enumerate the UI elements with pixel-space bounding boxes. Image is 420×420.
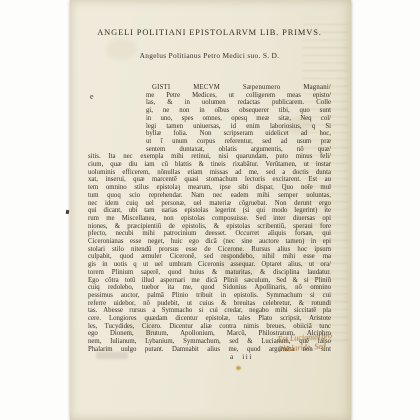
handwritten-marginalia: Est Lucianus proPhalaride. Sed xyxy=(277,331,333,354)
body-text-block: sitis. Ita nec exempla mihi retinui, nis… xyxy=(88,153,331,353)
text-line: sitis. Ita nec exempla mihi retinui, nis… xyxy=(88,153,331,161)
text-line: gis in uotis q ut uel umbram Ciceronis a… xyxy=(88,261,331,269)
signature-mark: a iii xyxy=(230,353,253,361)
text-line: xat, inserui, quæ marcentē quasi stomach… xyxy=(88,176,331,184)
text-line: tem omnino stilus epistolaȝ mearum, ipse… xyxy=(88,184,331,192)
text-line: niones, & præcipientiū de epistolis, & e… xyxy=(88,223,331,231)
text-line: qui dicant, ubi tam uarias epistolas leg… xyxy=(88,207,331,215)
gathering-letter: a xyxy=(230,353,233,361)
text-line: tum quoq scio reprehendar. Nam nec eadem… xyxy=(88,192,331,200)
text-line: stolari stilo nitendū prorsus esse de Ci… xyxy=(88,246,331,254)
text-line: cium, quæ diu iam cū blattis & tineis ri… xyxy=(88,161,331,169)
margin-printers-mark xyxy=(66,210,69,214)
text-line: pfecto, necubi mihi patrocinium deesset.… xyxy=(88,230,331,238)
text-line: tas. Abesse rursus a Symmacho si cui cre… xyxy=(88,307,331,315)
text-line: referre uidebor, nō pudebit, ut cuius & … xyxy=(88,300,331,308)
text-line: legi tamen uniuersas, id enim laboriosiu… xyxy=(88,123,331,131)
text-line: culpabit, quod æmuler Ciceronē, sed resp… xyxy=(88,253,331,261)
text-line: torem Plinium saperē, quod huius & matur… xyxy=(88,269,331,277)
opening-paragraph-block: GISTI MECVM Sæpenumero Magnani/me Petre … xyxy=(88,84,331,153)
text-line: nec idem cuiq uel personæ, uel materiæ c… xyxy=(88,200,331,208)
text-line: Ego cōtra totū illud aspernari me dicā P… xyxy=(88,277,331,285)
text-line: les, Tucydides, Cicero. Dicentur aliæ co… xyxy=(88,323,331,331)
text-line: uoluminis efficerem, nōnullas etiam miss… xyxy=(88,169,331,177)
text-line: rum me Miscellanea, non epistolas compos… xyxy=(88,215,331,223)
text-line: pessimus auctor, palmā Plinio tribuit in… xyxy=(88,292,331,300)
running-title: ANGELI POLITIANI EPISTOLARVM LIB. PRIMVS… xyxy=(88,28,331,37)
text-line: cere. Longiores quædam dicentur epistolæ… xyxy=(88,315,331,323)
text-line: byllæ folia. Non scripseram uidelicet ad… xyxy=(88,130,331,138)
scanned-book-photo: ANGELI POLITIANI EPISTOLARVM LIB. PRIMVS… xyxy=(0,0,420,420)
leaf-numeral: iii xyxy=(242,353,253,361)
text-line: cuiq redolebo, tuebor ita me, quod Sidon… xyxy=(88,284,331,292)
text-line: me Petre Medices, ut colligerem meas epi… xyxy=(88,92,331,100)
text-line: ut ī unum corpus referentur, sed ad usum… xyxy=(88,138,331,146)
text-line: gi, ne non in oībus obsequerer tibi, quo… xyxy=(88,107,331,115)
text-line: GISTI MECVM Sæpenumero Magnani/ xyxy=(88,84,331,92)
book-leaf: ANGELI POLITIANI EPISTOLARVM LIB. PRIMVS… xyxy=(70,0,351,420)
text-line: las, & in uolumen redactas publicarem. C… xyxy=(88,99,331,107)
text-line: in uno, spes omnes, opesq meæ sitæ, Neq … xyxy=(88,115,331,123)
text-line: sentem duntaxat, oblatis argumentis, nō … xyxy=(88,146,331,154)
paper-stain-spot xyxy=(236,366,241,370)
faint-blind-stamp xyxy=(96,352,128,359)
letter-salutation: Angelus Politianus Petro Medici suo. S. … xyxy=(88,51,331,60)
text-line: Ciceronianas esse neget, huic ego dicā (… xyxy=(88,238,331,246)
